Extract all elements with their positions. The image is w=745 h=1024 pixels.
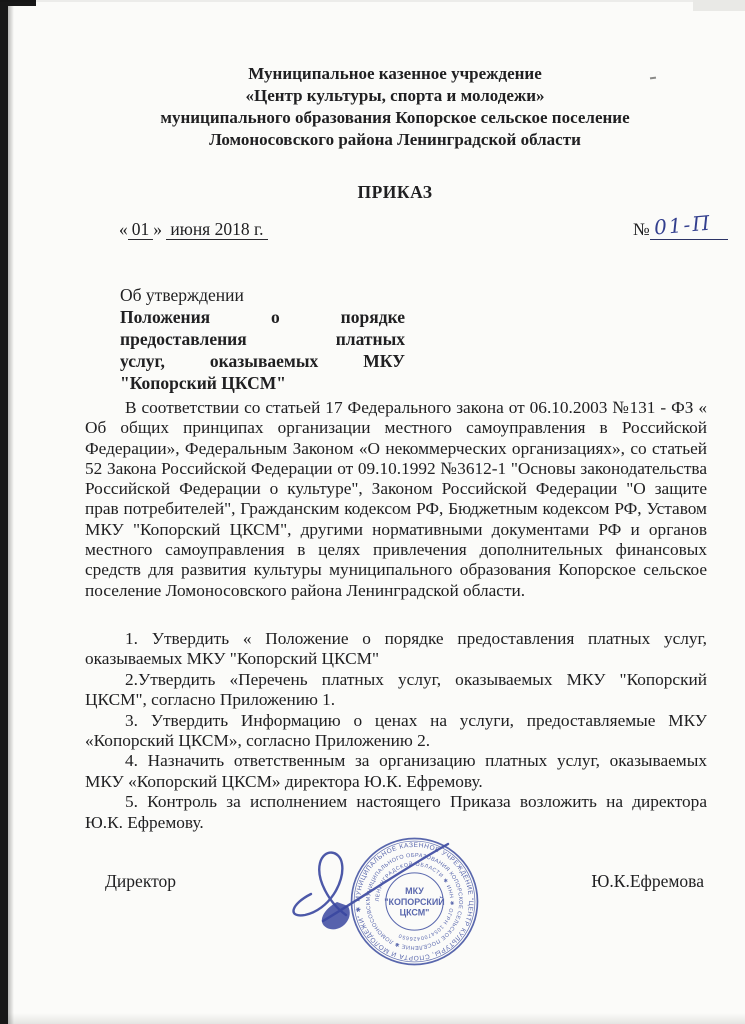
scanned-order-page: Муниципальное казенное учреждение «Центр… bbox=[0, 0, 745, 1024]
quote-close: » bbox=[153, 219, 162, 239]
stamp-center-line: ЦКСМ" bbox=[400, 908, 430, 918]
order-subject: Об утверждении Положения о порядке предо… bbox=[120, 284, 405, 394]
letterhead: Муниципальное казенное учреждение «Центр… bbox=[70, 63, 720, 151]
scan-edge-left bbox=[0, 0, 8, 1024]
stamp-center-line: МКУ bbox=[405, 886, 424, 896]
scan-edge-left-shadow bbox=[8, 0, 14, 1024]
subject-line: предоставления платных bbox=[120, 328, 405, 350]
order-number: №01-П bbox=[633, 219, 728, 240]
order-number-blank: 01-П bbox=[650, 219, 728, 240]
scan-edge-bottom bbox=[8, 1013, 745, 1024]
signature-role: Директор bbox=[105, 871, 176, 892]
order-number-label: № bbox=[633, 219, 650, 239]
letterhead-line: Ломоносовского района Ленинградской обла… bbox=[70, 129, 720, 151]
order-item: 3. Утвердить Информацию о ценах на услуг… bbox=[85, 711, 707, 752]
stamp-center-line: "КОПОРСКИЙ bbox=[384, 896, 444, 907]
quote-open: « bbox=[119, 219, 128, 239]
subject-line: "Копорский ЦКСМ" bbox=[120, 372, 405, 394]
official-stamp: МУНИЦИПАЛЬНОЕ КАЗЕННОЕ УЧРЕЖДЕНИЕ "ЦЕНТР… bbox=[344, 831, 485, 972]
order-month-year: июня 2018 г. bbox=[166, 220, 267, 240]
order-title: ПРИКАЗ bbox=[70, 182, 720, 203]
order-item: 2.Утвердить «Перечень платных услуг, ока… bbox=[85, 670, 707, 711]
order-item: 1. Утвердить « Положение о порядке предо… bbox=[85, 629, 707, 670]
order-items: 1. Утвердить « Положение о порядке предо… bbox=[85, 629, 707, 833]
stamp-center-text: МКУ "КОПОРСКИЙ ЦКСМ" bbox=[384, 886, 444, 918]
order-date: «01» июня 2018 г. bbox=[119, 219, 268, 239]
order-day: 01 bbox=[128, 220, 154, 240]
signature-name: Ю.К.Ефремова bbox=[591, 871, 704, 892]
subject-line: Положения о порядке bbox=[120, 306, 405, 328]
order-item: 5. Контроль за исполнением настоящего Пр… bbox=[85, 792, 707, 833]
subject-intro: Об утверждении bbox=[120, 284, 405, 306]
letterhead-line: муниципального образования Копорское сел… bbox=[70, 107, 720, 129]
letterhead-line: «Центр культуры, спорта и молодежи» bbox=[70, 85, 720, 107]
scan-corner-top-right bbox=[693, 0, 745, 11]
scan-edge-top-line bbox=[0, 0, 745, 2]
date-number-line: «01» июня 2018 г. №01-П bbox=[85, 219, 725, 240]
subject-line: услуг, оказываемых МКУ bbox=[120, 350, 405, 372]
letterhead-line: Муниципальное казенное учреждение bbox=[70, 63, 720, 85]
order-item: 4. Назначить ответственным за организаци… bbox=[85, 751, 707, 792]
order-preamble: В соответствии со статьей 17 Федеральног… bbox=[85, 398, 707, 601]
handwritten-order-number: 01-П bbox=[653, 211, 713, 240]
